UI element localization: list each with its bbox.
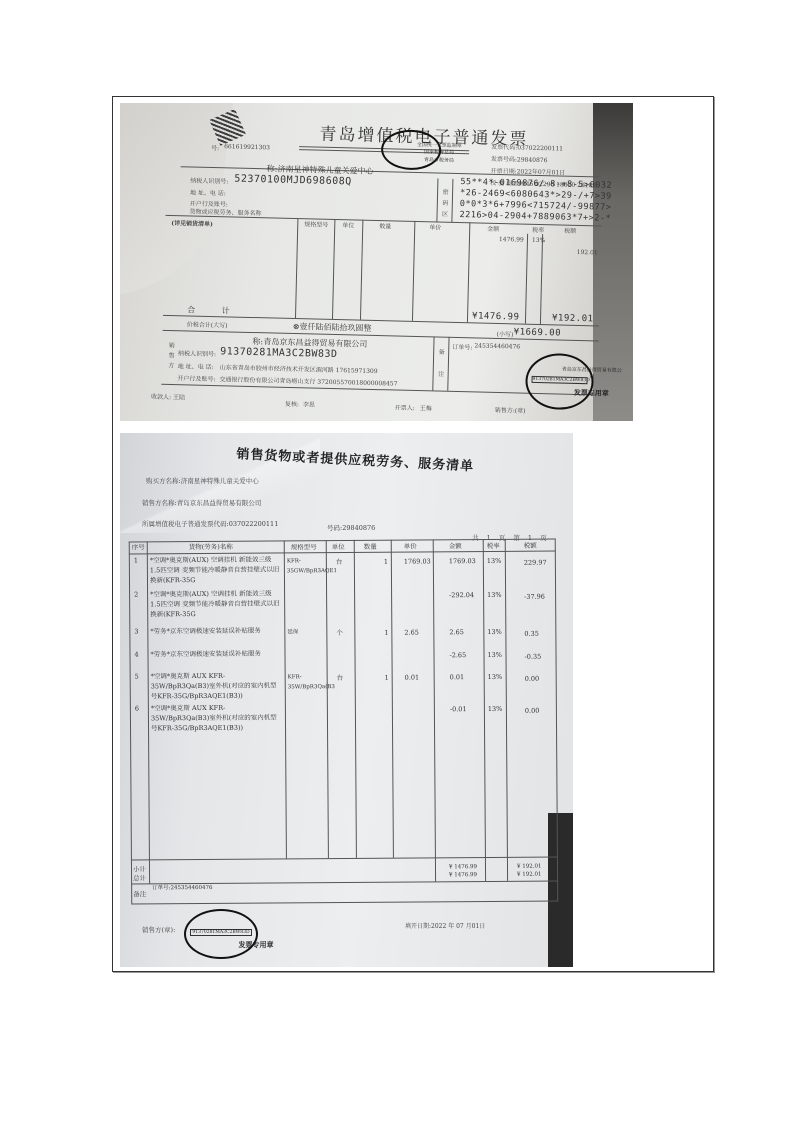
cipher-label: 密码区: [439, 189, 449, 222]
item-rate: 13%: [487, 590, 502, 600]
item-amount: -2.65: [449, 650, 466, 660]
item-unit: 台: [337, 673, 344, 683]
order-number: 245354460476: [474, 342, 520, 350]
invoice: 号: 661619921303 青岛增值税电子普通发票 全国统一发票监制章 国家…: [125, 111, 602, 421]
item-price: 0.01: [405, 672, 420, 682]
item-tax: 229.97: [524, 558, 547, 568]
invoice-code: 037022200111: [517, 144, 563, 152]
item-qty: 1: [385, 673, 389, 683]
item-price: 2.65: [404, 627, 419, 637]
row-number: 4: [134, 649, 138, 659]
total-tax: ¥192.01: [552, 313, 594, 324]
drawer: 王梅: [420, 403, 432, 412]
item-tax: 0.00: [525, 706, 540, 716]
item-amount: -292.04: [449, 590, 474, 600]
list-invoice-code: 037022200111: [229, 520, 279, 528]
grand-total: ¥1669.00: [514, 327, 562, 338]
buyer-tax-id: 52370100MJD698608Q: [234, 174, 352, 188]
item-amount: 1476.99: [499, 236, 524, 244]
row-number: 3: [134, 626, 138, 636]
item-rate: 13%: [487, 556, 502, 566]
item-name: *空调*奥克斯(AUX) 空调挂机 新能效三级 1.5匹空调 变频节能冷暖静音自…: [150, 554, 282, 585]
tax-bureau-stamp: 全国统一发票监制章 国家税务总局 青岛市税务局: [381, 129, 442, 170]
item-amount: 0.01: [450, 672, 465, 682]
seller-address: 山东省青岛市胶州市经济技术开发区湄河路 17615971309: [220, 362, 378, 375]
row-number: 1: [134, 555, 138, 565]
item-qty: 1: [384, 557, 388, 567]
invoice-number: 29840876: [517, 156, 548, 164]
sales-list-table: 序号 货物(劳务)名称 规格型号 单位 数量 单价 金额 税率 税额 1*空调*…: [129, 529, 559, 922]
item-rate: 13%: [487, 650, 502, 660]
item-name: *劳务*京东空调极速安装延误补贴服务: [150, 648, 282, 659]
row-number: 6: [135, 703, 139, 713]
item-price: 1769.03: [404, 556, 431, 566]
item-tax: -0.35: [524, 652, 541, 662]
cipher-area: 55**4*-0169876/-8-+8-5>0032 *26-2469<608…: [459, 177, 612, 225]
payee: 王陆: [173, 392, 185, 401]
item-unit: 个: [336, 628, 343, 638]
item-rate: 13%: [532, 237, 546, 244]
item-amount: 1769.03: [449, 556, 476, 566]
machine-no: 661619921303: [224, 143, 270, 151]
item-rate: 13%: [488, 672, 503, 682]
item-name: (详见销货清单): [171, 218, 213, 228]
list-buyer: 济南星神特殊儿童关爱中心: [181, 477, 259, 485]
item-spec: KFR-35W/BpR3Qa(B3: [288, 672, 326, 692]
machine-no-label: 号:: [211, 143, 219, 152]
item-spec: 延保: [287, 627, 325, 637]
qr-code-icon: [209, 109, 246, 146]
row-number: 5: [135, 671, 139, 681]
list-order-number: 订单号:245354460476: [152, 883, 212, 893]
total-tax: ¥ 192.01: [517, 870, 542, 880]
item-qty: 1: [384, 628, 388, 638]
list-seller: 青岛京东昌益得贸易有限公司: [177, 499, 262, 507]
item-tax: -37.96: [524, 592, 545, 602]
list-seal: 91370281MA3C2BW83D 发票专用章: [184, 909, 258, 959]
item-rate: 13%: [487, 627, 502, 637]
item-name: *空调*奥克斯 AUX KFR-35W/BpR3Qa(B3)室外机(对应的室内机…: [151, 670, 283, 701]
list-issue-date: 2022 年 07 月01日: [431, 923, 485, 930]
reviewer: 李思: [303, 399, 315, 408]
item-amount: 2.65: [449, 627, 464, 637]
grand-total-words: ⊗壹仟陆佰陆拾玖圆整: [293, 321, 372, 334]
item-tax: 192.01: [577, 249, 598, 257]
item-tax: 0.35: [524, 629, 539, 639]
item-amount: -0.01: [450, 704, 467, 714]
item-spec: KFR-35GW/BpR3AQE1: [287, 556, 325, 576]
invoice-seal: 青岛京东昌益得贸易有限公司 91370281MA3C2BW83D 发票专用章: [525, 353, 594, 411]
item-name: *空调*奥克斯 AUX KFR-35W/BpR3Qa(B3)室外机(对应的室内机…: [151, 702, 283, 733]
total-amount: ¥1476.99: [472, 311, 520, 322]
invoice-photo: 号: 661619921303 青岛增值税电子普通发票 全国统一发票监制章 国家…: [120, 103, 633, 421]
item-unit: 台: [336, 557, 343, 567]
item-name: *劳务*京东空调极速安装延误补贴服务: [150, 625, 282, 636]
item-tax: 0.00: [525, 674, 540, 684]
item-rate: 13%: [488, 704, 503, 714]
item-name: *空调*奥克斯(AUX) 空调挂机 新能效三级 1.5匹空调 变频节能冷暖静音自…: [150, 588, 282, 619]
row-number: 2: [134, 589, 138, 599]
total-amount: ¥ 1476.99: [449, 870, 477, 880]
seller-tax-id: 91370281MA3C2BW83D: [220, 346, 338, 360]
sales-list-photo: 销售货物或者提供应税劳务、服务清单 购买方名称:济南星神特殊儿童关爱中心 销售方…: [120, 433, 573, 967]
